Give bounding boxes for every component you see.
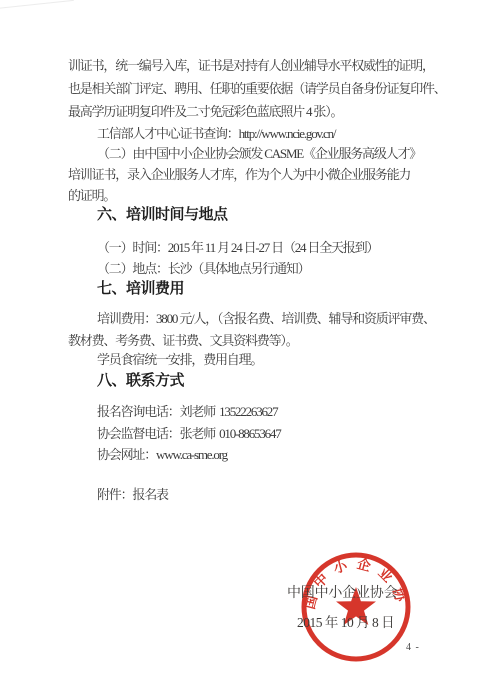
doc-line-training-time: （一）时间：2015 年 11 月 24 日-27 日（24 日全天报到） <box>97 239 378 257</box>
doc-line: 最高学历证明复印件及二寸免冠彩色蓝底照片 4 张）。 <box>68 103 342 121</box>
stamp-date: 2015 年 10 月 8 日 <box>297 611 394 631</box>
doc-line-attachment: 附件：报名表 <box>97 486 168 504</box>
doc-line: 教材费、考务费、证书费、文具资料费等）。 <box>68 332 298 350</box>
doc-line-fee-amount: 培训费用：3800 元/人，（含报名费、培训费、辅导和资质评审费、 <box>97 310 435 328</box>
doc-line-website: 协会网址：www.ca-sme.org <box>97 446 227 464</box>
doc-line: 的证明。 <box>68 187 115 205</box>
doc-line: 培训证书，录入企业服务人才库，作为个人为中小微企业服务能力 <box>68 166 410 184</box>
doc-line-lodging: 学员食宿统一安排，费用自理。 <box>97 351 262 369</box>
section-heading-contact: 八、联系方式 <box>97 372 184 390</box>
doc-line: 训证书，统一编号入库，证书是对持有人创业辅导水平权威性的证明， <box>68 57 434 75</box>
stamp-org-name: 中国中小企业协会 <box>287 582 397 602</box>
section-heading-fees: 七、培训费用 <box>97 280 184 298</box>
page-number: 4 - <box>406 642 420 653</box>
doc-line: （二）由中国中小企业协会颁发 CASME《企业服务高级人才》 <box>97 145 421 163</box>
doc-line: 也是相关部门评定、聘用、任职的重要依据（请学员自备身份证复印件、 <box>68 80 446 98</box>
doc-line-cert-query-url: 工信部人才中心证书查询：http://www.ncie.gov.cn/ <box>97 125 335 143</box>
official-seal-stamp: 中国中小企业协会 <box>296 547 416 667</box>
doc-line-phone-registration: 报名咨询电话：刘老师 13522263627 <box>97 403 277 421</box>
document-page: 训证书，统一编号入库，证书是对持有人创业辅导水平权威性的证明， 也是相关部门评定… <box>0 0 490 678</box>
scan-edge-artifact <box>0 0 74 9</box>
section-heading-time-location: 六、培训时间与地点 <box>97 206 228 224</box>
doc-line-training-location: （二）地点：长沙（具体地点另行通知） <box>97 260 309 278</box>
doc-line-phone-supervision: 协会监督电话：张老师 010-88653647 <box>97 425 281 443</box>
